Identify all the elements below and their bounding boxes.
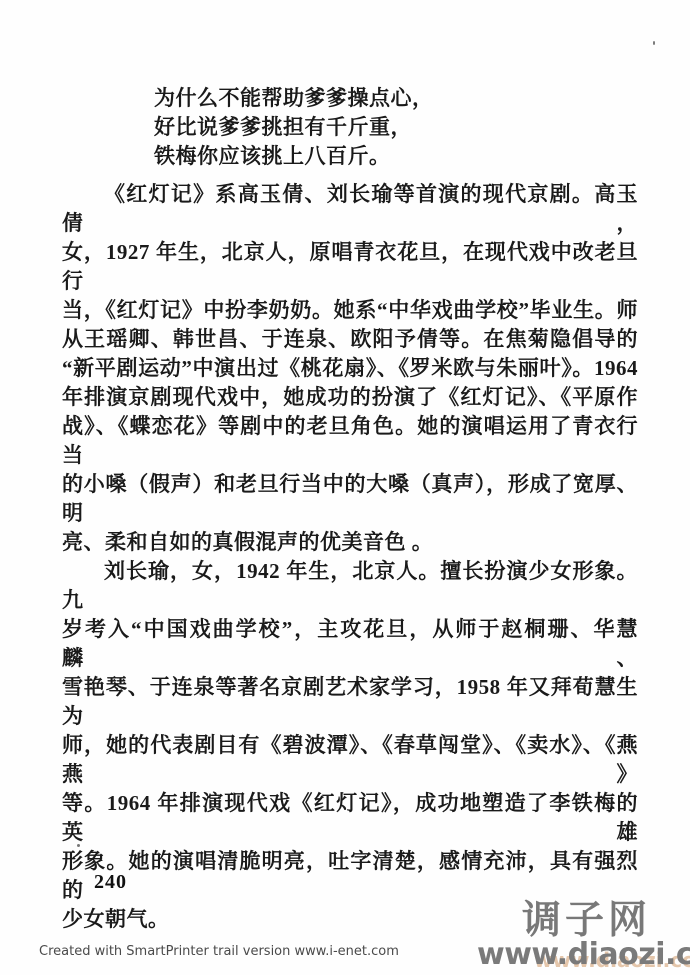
paragraph-line: 亮、柔和自如的真假混声的优美音色 。 [62,528,638,557]
verse-line: 好比说爹爹挑担有千斤重， [154,113,638,142]
scanned-book-page: 为什么不能帮助爹爹操点心，好比说爹爹挑担有千斤重，铁梅你应该挑上八百斤。 《红灯… [0,0,690,975]
verse-line: 铁梅你应该挑上八百斤。 [154,142,638,171]
scan-speck [653,41,655,45]
paragraph-line: 刘长瑜，女，1942 年生，北京人。擅长扮演少女形象。九 [62,557,638,615]
paragraph-line: 当，《红灯记》中扮李奶奶。她系“中华戏曲学校”毕业生。师 [62,296,638,325]
paragraph-biography-gao-yuqian: 《红灯记》系高玉倩、刘长瑜等首演的现代京剧。高玉倩，女，1927 年生，北京人，… [62,180,638,557]
paragraph-line: 雪艳琴、于连泉等著名京剧艺术家学习，1958 年又拜荀慧生为 [62,673,638,731]
paragraph-line: 师，她的代表剧目有《碧波潭》、《春草闯堂》、《卖水》、《燕燕》 [62,731,638,789]
verse-block: 为什么不能帮助爹爹操点心，好比说爹爹挑担有千斤重，铁梅你应该挑上八百斤。 [62,84,638,171]
paragraph-line: 《红灯记》系高玉倩、刘长瑜等首演的现代京剧。高玉倩， [62,180,638,238]
paragraph-line: “新平剧运动”中演出过《桃花扇》、《罗米欧与朱丽叶》。1964 [62,354,638,383]
page-number: 240 [94,871,127,894]
paragraph-line: 等。1964 年排演现代戏《红灯记》，成功地塑造了李铁梅的英雄 [62,789,638,847]
paragraph-line: 的小嗓（假声）和老旦行当中的大嗓（真声），形成了宽厚、明 [62,470,638,528]
paragraph-line: 女，1927 年生，北京人，原唱青衣花旦，在现代戏中改老旦行 [62,238,638,296]
paragraph-line: 年排演京剧现代戏中，她成功的扮演了《红灯记》、《平原作 [62,383,638,412]
printer-watermark-footer: Created with SmartPrinter trail version … [39,944,399,959]
text-block: 为什么不能帮助爹爹操点心，好比说爹爹挑担有千斤重，铁梅你应该挑上八百斤。 《红灯… [62,84,638,934]
verse-line: 为什么不能帮助爹爹操点心， [154,84,638,113]
paragraph-biography-liu-changyu: 刘长瑜，女，1942 年生，北京人。擅长扮演少女形象。九岁考入“中国戏曲学校”，… [62,557,638,934]
watermark-site-url: www.diaozi.com [477,937,690,972]
paragraph-line: 战》、《蝶恋花》等剧中的老旦角色。她的演唱运用了青衣行当 [62,412,638,470]
scan-speck [77,844,80,847]
paragraph-line: 岁考入“中国戏曲学校”，主攻花旦，从师于赵桐珊、华慧麟、 [62,615,638,673]
paragraph-line: 从王瑶卿、韩世昌、于连泉、欧阳予倩等。在焦菊隐倡导的 [62,325,638,354]
